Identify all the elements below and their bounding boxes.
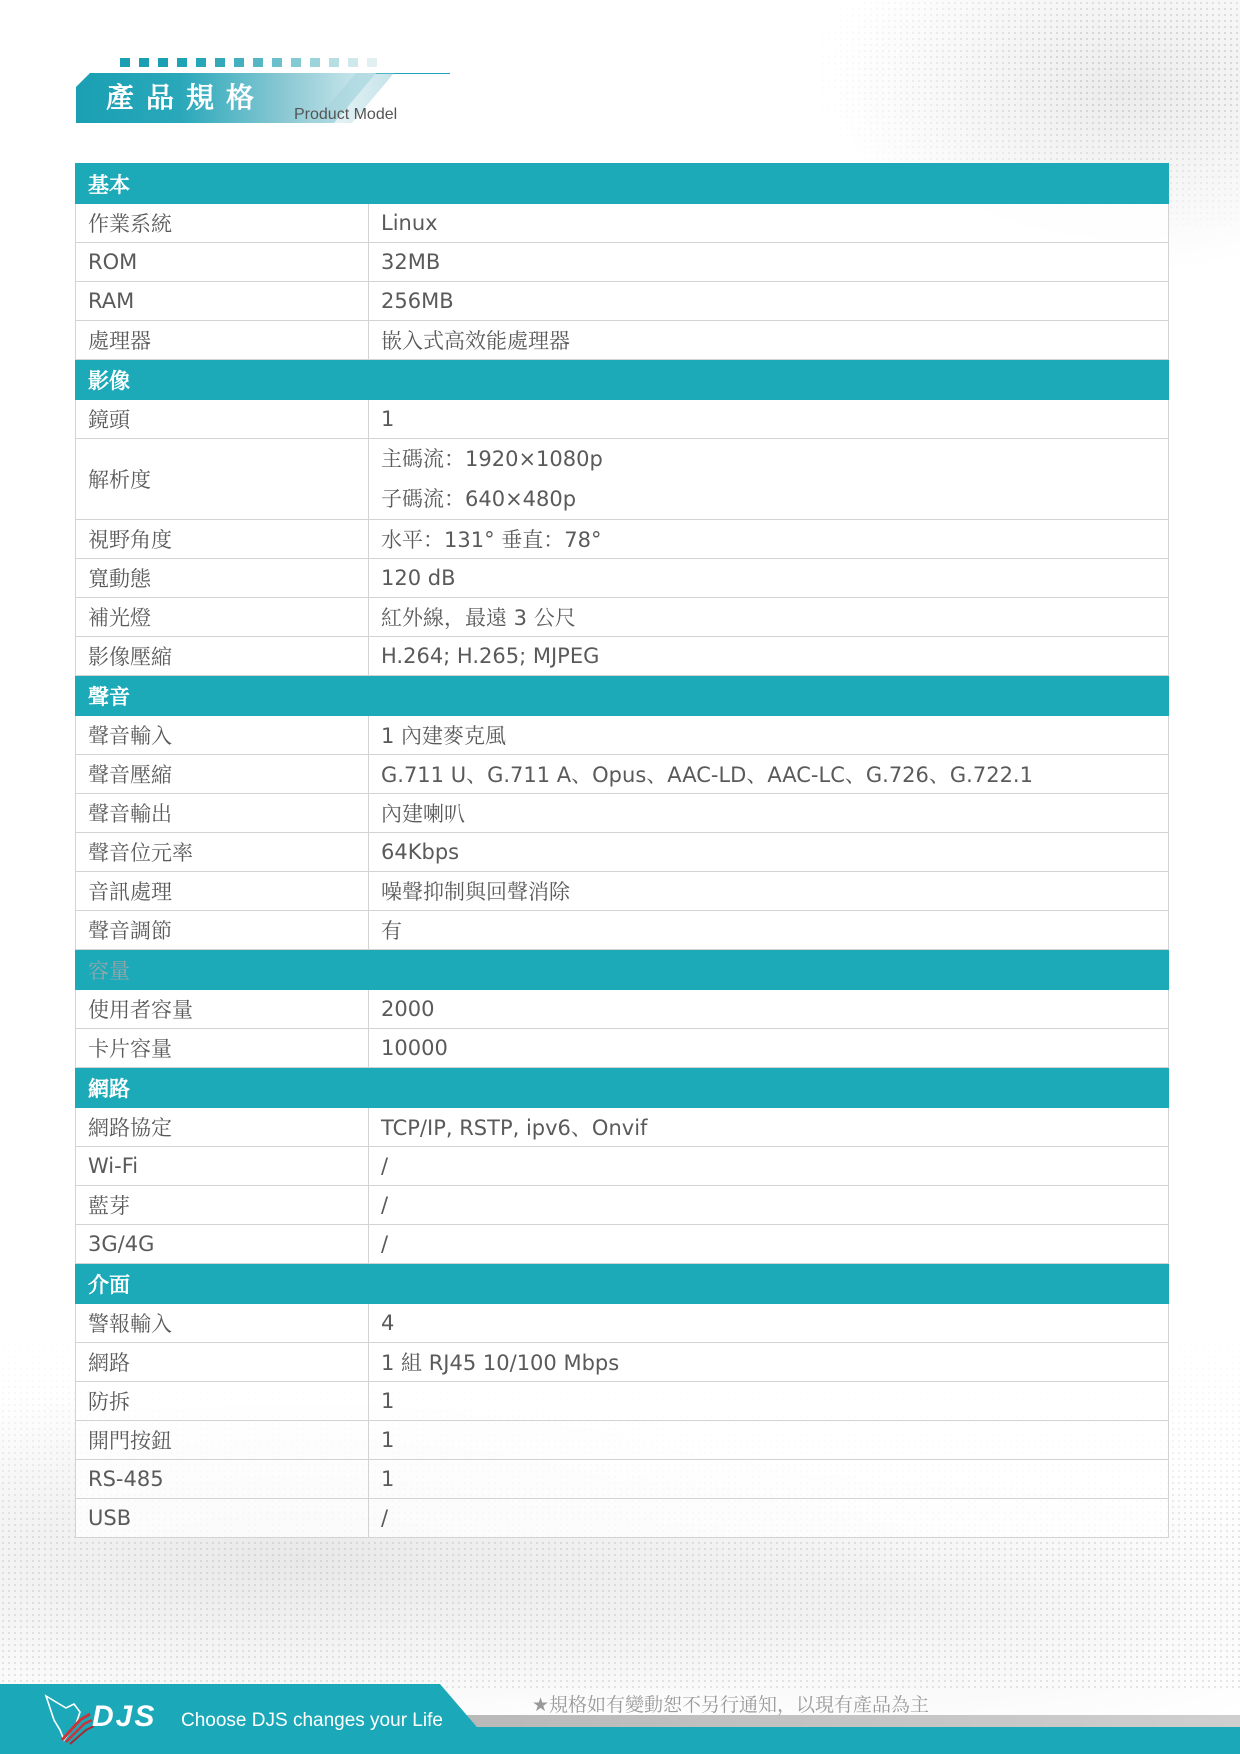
spec-label: 聲音輸出: [76, 794, 369, 833]
spec-label: 3G/4G: [76, 1225, 369, 1264]
decorative-square: [367, 58, 377, 67]
spec-label: 卡片容量: [76, 1029, 369, 1068]
spec-label: 網路協定: [76, 1108, 369, 1147]
table-row: 卡片容量10000: [76, 1029, 1169, 1068]
section-title: 基本: [76, 164, 1169, 204]
spec-label: 使用者容量: [76, 990, 369, 1029]
decorative-square: [272, 58, 282, 67]
table-row: 影像壓縮H.264; H.265; MJPEG: [76, 637, 1169, 676]
table-row: 防拆1: [76, 1382, 1169, 1421]
spec-value: 32MB: [369, 243, 1169, 282]
table-row: 3G/4G/: [76, 1225, 1169, 1264]
spec-value: 2000: [369, 990, 1169, 1029]
table-row: 處理器嵌入式高效能處理器: [76, 321, 1169, 360]
decorative-square: [291, 58, 301, 67]
spec-value: TCP/IP, RSTP, ipv6、Onvif: [369, 1108, 1169, 1147]
disclaimer-note: ★規格如有變動恕不另行通知，以現有產品為主: [532, 1690, 929, 1717]
spec-label: 音訊處理: [76, 872, 369, 911]
decorative-square: [253, 58, 263, 67]
table-row: 使用者容量2000: [76, 990, 1169, 1029]
section-title: 介面: [76, 1264, 1169, 1304]
section-row-audio: 聲音: [76, 676, 1169, 716]
decorative-square: [310, 58, 320, 67]
spec-label: RAM: [76, 282, 369, 321]
table-row: 警報輸入4: [76, 1304, 1169, 1343]
spec-label: 網路: [76, 1343, 369, 1382]
spec-value: 1: [369, 1460, 1169, 1499]
spec-value: /: [369, 1147, 1169, 1186]
spec-label: Wi-Fi: [76, 1147, 369, 1186]
decorative-square: [120, 58, 130, 67]
decorative-square: [158, 58, 168, 67]
decorative-square: [196, 58, 206, 67]
section-row-capacity: 容量: [76, 950, 1169, 990]
table-row: USB/: [76, 1499, 1169, 1538]
decorative-square: [215, 58, 225, 67]
brand-logo-text: DJS: [92, 1700, 156, 1734]
section-title: 聲音: [76, 676, 1169, 716]
spec-value: G.711 U、G.711 A、Opus、AAC-LD、AAC-LC、G.726…: [369, 755, 1169, 794]
spec-label: 防拆: [76, 1382, 369, 1421]
spec-label: 補光燈: [76, 598, 369, 637]
spec-value: 4: [369, 1304, 1169, 1343]
spec-value: /: [369, 1499, 1169, 1538]
table-row: 聲音壓縮G.711 U、G.711 A、Opus、AAC-LD、AAC-LC、G…: [76, 755, 1169, 794]
table-row: Wi-Fi/: [76, 1147, 1169, 1186]
spec-value: 噪聲抑制與回聲消除: [369, 872, 1169, 911]
table-row: 解析度主碼流：1920×1080p子碼流：640×480p: [76, 439, 1169, 520]
table-row: 補光燈紅外線，最遠 3 公尺: [76, 598, 1169, 637]
spec-value: 1 組 RJ45 10/100 Mbps: [369, 1343, 1169, 1382]
table-row: 藍芽/: [76, 1186, 1169, 1225]
spec-value: 120 dB: [369, 559, 1169, 598]
section-row-video: 影像: [76, 360, 1169, 400]
spec-label: 聲音輸入: [76, 716, 369, 755]
spec-value: 256MB: [369, 282, 1169, 321]
table-row: 網路協定TCP/IP, RSTP, ipv6、Onvif: [76, 1108, 1169, 1147]
spec-label: 處理器: [76, 321, 369, 360]
section-title: 網路: [76, 1068, 1169, 1108]
spec-value: /: [369, 1225, 1169, 1264]
section-row-interface: 介面: [76, 1264, 1169, 1304]
decorative-square: [177, 58, 187, 67]
decorative-square: [348, 58, 358, 67]
table-row: 聲音調節有: [76, 911, 1169, 950]
spec-value: 10000: [369, 1029, 1169, 1068]
decorative-square: [234, 58, 244, 67]
spec-label: 寬動態: [76, 559, 369, 598]
table-row: 作業系統Linux: [76, 204, 1169, 243]
decorative-square: [139, 58, 149, 67]
table-row: 寬動態120 dB: [76, 559, 1169, 598]
section-title: 影像: [76, 360, 1169, 400]
spec-value: /: [369, 1186, 1169, 1225]
table-row: 音訊處理噪聲抑制與回聲消除: [76, 872, 1169, 911]
table-row: 聲音位元率64Kbps: [76, 833, 1169, 872]
spec-value: 嵌入式高效能處理器: [369, 321, 1169, 360]
spec-label: 鏡頭: [76, 400, 369, 439]
page-subtitle: Product Model: [294, 106, 397, 124]
spec-value: H.264; H.265; MJPEG: [369, 637, 1169, 676]
spec-value: 水平：131° 垂直：78°: [369, 520, 1169, 559]
spec-label: 警報輸入: [76, 1304, 369, 1343]
table-row: 視野角度水平：131° 垂直：78°: [76, 520, 1169, 559]
spec-label: 作業系統: [76, 204, 369, 243]
table-row: RAM256MB: [76, 282, 1169, 321]
spec-label: 聲音壓縮: [76, 755, 369, 794]
section-title: 容量: [76, 950, 1169, 990]
spec-value: 紅外線，最遠 3 公尺: [369, 598, 1169, 637]
table-row: 鏡頭1: [76, 400, 1169, 439]
section-row-basic: 基本: [76, 164, 1169, 204]
spec-label: 視野角度: [76, 520, 369, 559]
spec-label: 解析度: [76, 439, 369, 520]
table-row: 聲音輸出內建喇叭: [76, 794, 1169, 833]
spec-value: 1: [369, 400, 1169, 439]
spec-value: 1 內建麥克風: [369, 716, 1169, 755]
spec-value-line: 子碼流：640×480p: [381, 479, 1168, 519]
spec-value: 有: [369, 911, 1169, 950]
spec-value: 1: [369, 1421, 1169, 1460]
spec-value: 內建喇叭: [369, 794, 1169, 833]
spec-value-multi: 主碼流：1920×1080p子碼流：640×480p: [369, 439, 1169, 520]
spec-label: 藍芽: [76, 1186, 369, 1225]
spec-label: 影像壓縮: [76, 637, 369, 676]
spec-value: 1: [369, 1382, 1169, 1421]
table-row: ROM32MB: [76, 243, 1169, 282]
spec-label: RS-485: [76, 1460, 369, 1499]
section-header: 產品規格 Product Model: [76, 56, 456, 131]
decorative-squares: [120, 58, 377, 67]
page-title: 產品規格: [106, 80, 266, 116]
spec-label: ROM: [76, 243, 369, 282]
spec-value: 64Kbps: [369, 833, 1169, 872]
table-row: RS-4851: [76, 1460, 1169, 1499]
section-row-network: 網路: [76, 1068, 1169, 1108]
table-row: 開門按鈕1: [76, 1421, 1169, 1460]
spec-value: Linux: [369, 204, 1169, 243]
brand-slogan: Choose DJS changes your Life: [181, 1710, 443, 1732]
table-row: 網路1 組 RJ45 10/100 Mbps: [76, 1343, 1169, 1382]
spec-label: 聲音調節: [76, 911, 369, 950]
spec-label: 開門按鈕: [76, 1421, 369, 1460]
table-row: 聲音輸入1 內建麥克風: [76, 716, 1169, 755]
decorative-square: [329, 58, 339, 67]
spec-label: USB: [76, 1499, 369, 1538]
spec-label: 聲音位元率: [76, 833, 369, 872]
spec-value-line: 主碼流：1920×1080p: [381, 439, 1168, 479]
spec-table: 基本 作業系統Linux ROM32MB RAM256MB 處理器嵌入式高效能處…: [75, 163, 1169, 1538]
